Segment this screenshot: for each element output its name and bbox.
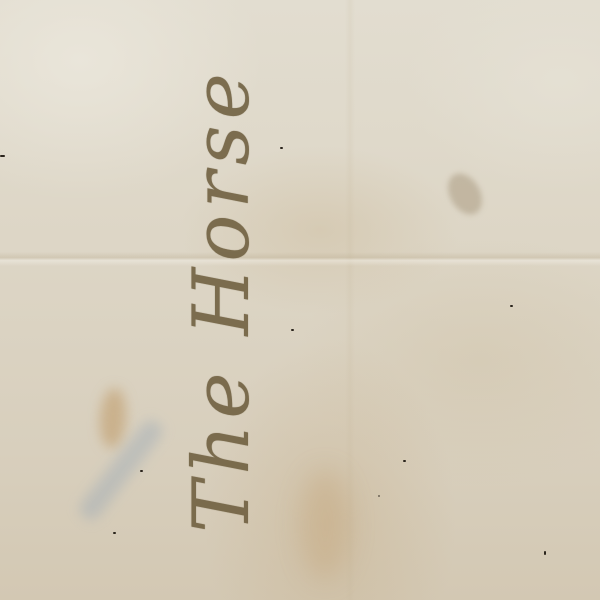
ink-speck: [378, 495, 380, 497]
ink-speck: [544, 551, 546, 555]
foxing-stain: [300, 470, 350, 580]
ink-speck: [0, 155, 5, 157]
ink-speck: [510, 305, 513, 307]
handwritten-inscription: The Horse: [177, 67, 267, 533]
brown-stain: [98, 387, 128, 449]
horizontal-fold-crease: [0, 252, 600, 266]
ink-speck: [113, 532, 116, 534]
aged-paper-document: The Horse: [0, 0, 600, 600]
ink-speck: [291, 329, 294, 331]
ink-speck: [403, 460, 406, 462]
ink-speck: [280, 147, 283, 149]
ink-speck: [140, 470, 143, 472]
ink-smudge: [441, 167, 489, 220]
